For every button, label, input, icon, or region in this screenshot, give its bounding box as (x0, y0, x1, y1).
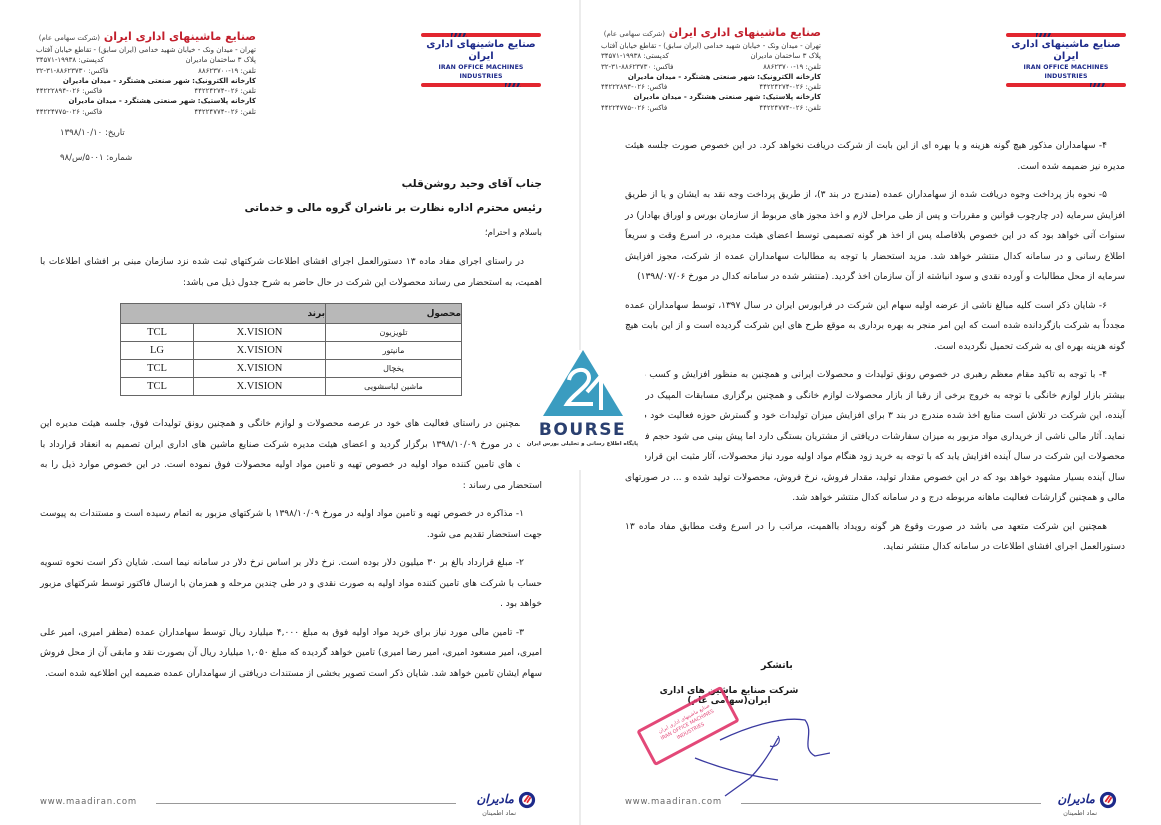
letterhead-address: تهران - میدان ونک - خیابان شهید خدامی (ا… (601, 41, 821, 51)
item-6: ۶- شایان ذکر است کلیه مبالغ ناشی از عرضه… (625, 296, 1125, 358)
footer-divider (741, 803, 1041, 804)
item-7: ۴- با توجه به تاکید مقام معظم رهبری در خ… (625, 365, 1125, 509)
letter-date: تاریخ: ۱۳۹۸/۱۰/۱۰ (60, 128, 125, 138)
handwritten-signature (690, 708, 830, 798)
greeting: باسلام و احترام؛ (40, 228, 542, 238)
letterhead-contact-block: صنایع ماشینهای اداری ایران (شرکت سهامی ع… (601, 26, 821, 113)
letterhead-electronics-contact: تلفن: ۰۲۶-۴۴۲۲۴۲۷۴ فاکس: ۰۲۶-۴۴۲۲۲۸۹۴ (601, 82, 821, 92)
letter-number: شماره: ۵۰۰۱/س/۹۸ (60, 153, 132, 163)
letter-page-2: صنایع ماشینهای اداری ایران (شرکت سهامی ع… (581, 0, 1161, 825)
item-3: ۳- تامین مالی مورد نیاز برای خرید مواد ا… (40, 623, 542, 685)
item-1: ۱- مذاکره در خصوص تهیه و تامین مواد اولی… (40, 504, 542, 545)
letterhead-electronics-factory: کارخانه الکترونیک: شهر صنعتی هشتگرد - می… (601, 72, 821, 82)
item-5: ۵- نحوه باز پرداخت وجوه دریافت شده از سه… (625, 185, 1125, 288)
company-logo: صنایع ماشینهای اداری ایران IRAN OFFICE M… (1006, 33, 1126, 71)
intro-paragraph: در راستای اجرای مفاد ماده ۱۳ دستورالعمل … (40, 252, 542, 293)
letter-body-page-2: ۴- سهامداران مذکور هیچ گونه هزینه و یا ب… (625, 136, 1125, 566)
logo-top-bar (421, 33, 541, 37)
table-header-row: محصول برند (121, 304, 462, 324)
table-row: تلویزیون X.VISION TCL (121, 324, 462, 342)
bourse24-triangle-icon (543, 350, 623, 416)
products-brands-table: محصول برند تلویزیون X.VISION TCL مانیتور… (120, 303, 462, 396)
letter-body-page-1: جناب آقای وحید روشن‌قلب رئیس محترم اداره… (40, 178, 542, 692)
recipient-title: رئیس محترم اداره نظارت بر ناشران گروه ما… (40, 202, 542, 214)
recipient-name: جناب آقای وحید روشن‌قلب (40, 178, 542, 190)
maadiran-emblem-icon (518, 791, 536, 809)
letterhead-plastic-factory: کارخانه پلاستیک: شهر صنعتی هشتگرد - میدا… (36, 96, 256, 106)
letterhead-company-name: صنایع ماشینهای اداری ایران (شرکت سهامی ع… (36, 30, 256, 45)
footer-website: www.maadiran.com (625, 797, 722, 807)
thanks-line: باتشکر (761, 660, 793, 671)
footer-brand-logo: مادیران نماد اطمینان (456, 790, 536, 820)
logo-top-bar (1006, 33, 1126, 37)
letterhead-electronics-contact: تلفن: ۰۲۶-۴۴۲۲۴۲۷۴ فاکس: ۰۲۶-۴۴۲۲۲۸۹۴ (36, 86, 256, 96)
footer-website: www.maadiran.com (40, 797, 137, 807)
header-brand: برند (121, 304, 326, 324)
letterhead-contact-block: صنایع ماشینهای اداری ایران (شرکت سهامی ع… (36, 30, 256, 117)
letterhead-electronics-factory: کارخانه الکترونیک: شهر صنعتی هشتگرد - می… (36, 76, 256, 86)
letterhead-building-row: پلاک ۳ ساختمان مادیران کدپستی: ۱۹۹۳۸-۳۴۵… (601, 51, 821, 61)
item-4: ۴- سهامداران مذکور هیچ گونه هزینه و یا ب… (625, 136, 1125, 177)
logo-bottom-bar (1006, 83, 1126, 87)
letterhead-plastic-contact: تلفن: ۰۲۶-۴۴۲۲۴۷۷۴ فاکس: ۰۲۶-۴۴۲۲۴۷۷۵ (601, 103, 821, 113)
bourse24-watermark-logo: BOURSE پایگاه اطلاع رسانی و تحلیلی بورس … (520, 350, 645, 470)
table-row: مانیتور X.VISION LG (121, 342, 462, 360)
bourse-caption: پایگاه اطلاع رسانی و تحلیلی بورس ایران (520, 441, 645, 447)
board-decision-paragraph: همچنین در راستای فعالیت های خود در عرصه … (40, 414, 542, 496)
table-row: ماشین لباسشویی X.VISION TCL (121, 378, 462, 396)
table-row: یخچال X.VISION TCL (121, 360, 462, 378)
letterhead-company-name: صنایع ماشینهای اداری ایران (شرکت سهامی ع… (601, 26, 821, 41)
letterhead-address: تهران - میدان ونک - خیابان شهید خدامی (ا… (36, 45, 256, 55)
letterhead-building-row: پلاک ۳ ساختمان مادیران کدپستی: ۱۹۹۳۸-۳۴۵… (36, 55, 256, 65)
letterhead-plastic-contact: تلفن: ۰۲۶-۴۴۲۲۴۷۷۴ فاکس: ۰۲۶-۴۴۲۲۴۷۷۵ (36, 107, 256, 117)
letter-page-1: صنایع ماشینهای اداری ایران (شرکت سهامی ع… (0, 0, 580, 825)
item-2: ۲- مبلغ قرارداد بالغ بر ۳۰ میلیون دلار ب… (40, 553, 542, 615)
bourse-wordmark: BOURSE (520, 420, 645, 440)
maadiran-emblem-icon (1099, 791, 1117, 809)
footer-divider (156, 803, 456, 804)
letterhead-phone-row: تلفن: ۱۹-۸۸۶۲۳۷۰۰ فاکس: ۸۸۶۲۳۷۳۰-۳۱-۳۲ (36, 66, 256, 76)
footer-brand-logo: مادیران نماد اطمینان (1037, 790, 1117, 820)
letterhead-plastic-factory: کارخانه پلاستیک: شهر صنعتی هشتگرد - میدا… (601, 92, 821, 102)
logo-bottom-bar (421, 83, 541, 87)
closing-paragraph: همچنین این شرکت متعهد می باشد در صورت وق… (625, 517, 1125, 558)
company-logo: صنایع ماشینهای اداری ایران IRAN OFFICE M… (421, 33, 541, 71)
letterhead-phone-row: تلفن: ۱۹-۸۸۶۲۳۷۰۰ فاکس: ۸۸۶۲۳۷۳۰-۳۱-۳۲ (601, 62, 821, 72)
header-product: محصول (326, 304, 462, 324)
